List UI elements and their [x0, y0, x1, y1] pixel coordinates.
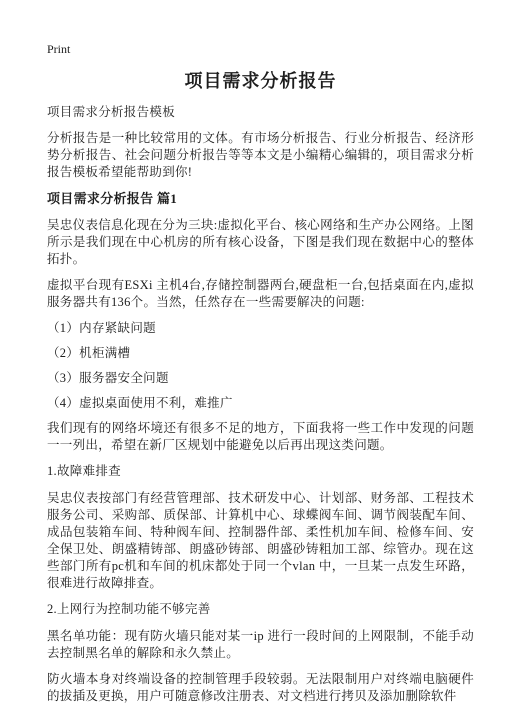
paragraph-template-intro: 项目需求分析报告模板 — [47, 104, 474, 121]
list-item-2: （2）机柜满槽 — [47, 345, 474, 362]
paragraph-network-issues: 我们现有的网络坏境还有很多不足的地方，下面我将一些工作中发现的问题一一列出，希望… — [47, 420, 474, 454]
paragraph-overview: 吴忠仪表信息化现在分为三块:虚拟化平台、核心网络和生产办公网络。上图所示是我们现… — [47, 217, 474, 268]
document-page: Print 项目需求分析报告 项目需求分析报告模板 分析报告是一种比较常用的文体… — [0, 0, 520, 718]
paragraph-blacklist: 黑名单功能：现有防火墙只能对某一ip 进行一段时间的上网限制，不能手动去控制黑名… — [47, 628, 474, 662]
document-title: 项目需求分析报告 — [47, 69, 474, 93]
sub-heading-fault: 1.故障难排查 — [47, 463, 474, 480]
list-item-4: （4）虚拟桌面使用不利，难推广 — [47, 395, 474, 412]
paragraph-departments: 吴忠仪表按部门有经营管理部、技术研发中心、计划部、财务部、工程技术服务公司、采购… — [47, 490, 474, 592]
section-heading-part1: 项目需求分析报告 篇1 — [47, 190, 474, 207]
paragraph-report-description: 分析报告是一种比较常用的文体。有市场分析报告、行业分析报告、经济形势分析报告、社… — [47, 130, 474, 181]
document-body: 项目需求分析报告模板 分析报告是一种比较常用的文体。有市场分析报告、行业分析报告… — [47, 104, 474, 705]
paragraph-virtual-platform: 虚拟平台现有ESXi 主机4台,存储控制器两台,硬盘柜一台,包括桌面在内,虚拟服… — [47, 277, 474, 311]
paragraph-firewall: 防火墙本身对终端设备的控制管理手段较弱。无法限制用户对终端电脑硬件的拔插及更换，… — [47, 671, 474, 705]
sub-heading-internet-control: 2.上网行为控制功能不够完善 — [47, 601, 474, 618]
print-button[interactable]: Print — [47, 43, 70, 56]
list-item-3: （3）服务器安全问题 — [47, 370, 474, 387]
list-item-1: （1）内存紧缺问题 — [47, 320, 474, 337]
